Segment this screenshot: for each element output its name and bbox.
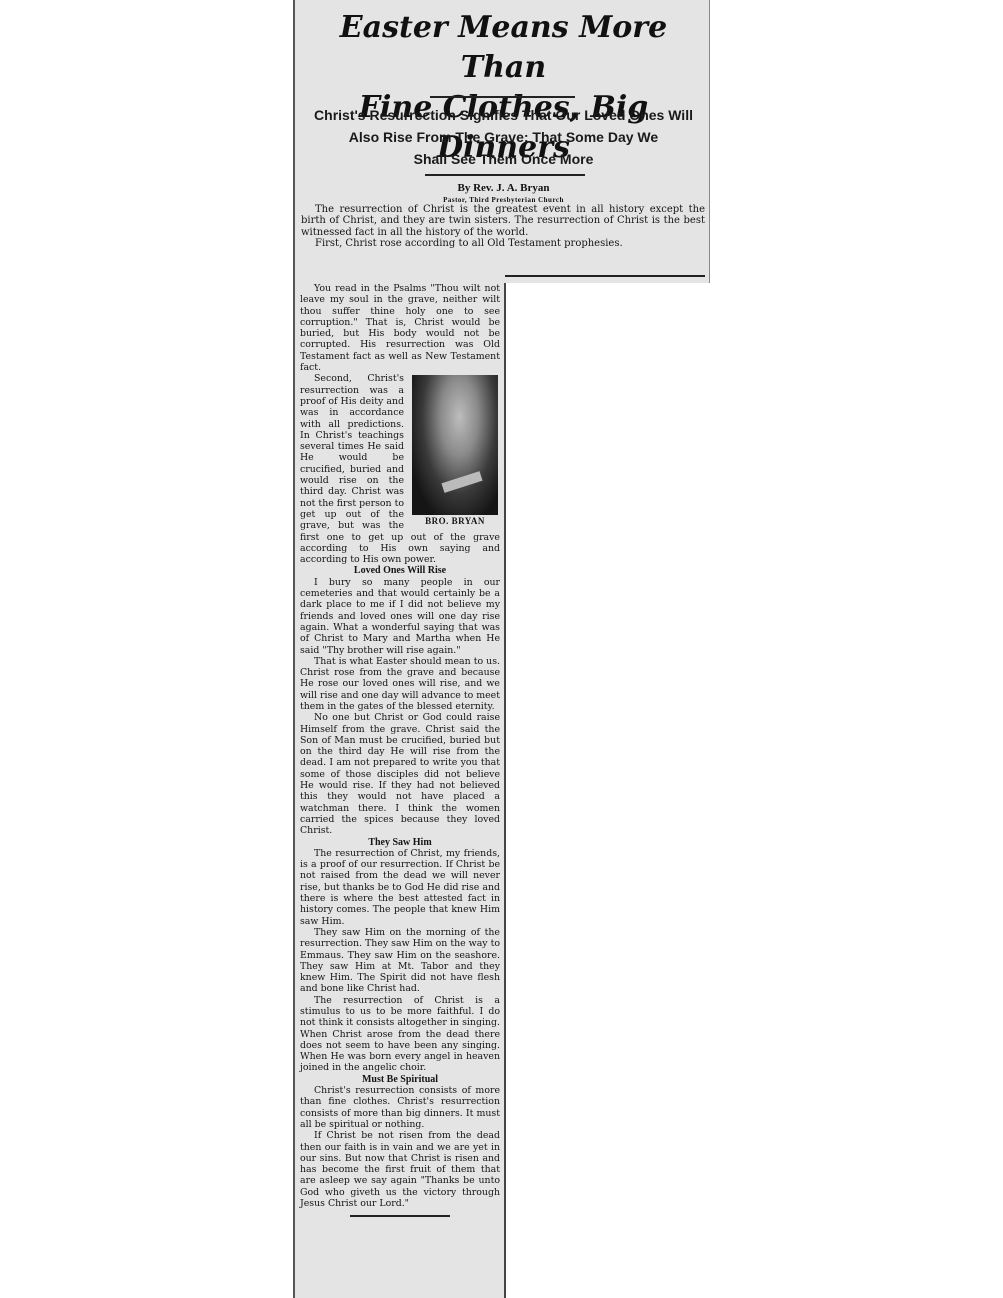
- byline: By Rev. J. A. Bryan: [295, 182, 712, 194]
- author-photo-block: BRO. BRYAN: [410, 375, 500, 527]
- collar-shape: [441, 471, 482, 493]
- subhead-line-3: Shall See Them Once More: [295, 148, 712, 170]
- first-point-text: First, Christ rose according to all Old …: [301, 238, 705, 249]
- paragraph: If Christ be not risen from the dead the…: [300, 1130, 500, 1209]
- paragraph: You read in the Psalms "Thou wilt not le…: [300, 283, 500, 373]
- lead-paragraph: The resurrection of Christ is the greate…: [301, 204, 705, 249]
- author-photo: [412, 375, 498, 515]
- subhead-line-2: Also Rise From The Grave; That Some Day …: [295, 126, 712, 148]
- end-rule: [350, 1215, 450, 1217]
- subhead-rule: [425, 174, 585, 176]
- paragraph: I bury so many people in our cemeteries …: [300, 577, 500, 656]
- lead-text: The resurrection of Christ is the greate…: [301, 204, 705, 238]
- article-body-column: You read in the Psalms "Thou wilt not le…: [293, 283, 506, 1298]
- body-text: You read in the Psalms "Thou wilt not le…: [300, 283, 500, 1217]
- paragraph: That is what Easter should mean to us. C…: [300, 656, 500, 712]
- column-break-rule: [505, 275, 705, 277]
- headline-rule: [430, 96, 575, 98]
- section-heading: Must Be Spiritual: [300, 1074, 500, 1085]
- paragraph: Christ's resurrection consists of more t…: [300, 1085, 500, 1130]
- section-heading: Loved Ones Will Rise: [300, 565, 500, 576]
- byline-title: Pastor, Third Presbyterian Church: [295, 196, 712, 204]
- paragraph: They saw Him on the morning of the resur…: [300, 927, 500, 995]
- article-header-block: Easter Means More Than Fine Clothes, Big…: [293, 0, 710, 283]
- headline-line-1: Easter Means More Than: [295, 8, 712, 88]
- paragraph: No one but Christ or God could raise Him…: [300, 712, 500, 836]
- subhead-line-1: Christ's Resurrection Signifies That Our…: [295, 104, 712, 126]
- subheadline: Christ's Resurrection Signifies That Our…: [295, 104, 712, 170]
- paragraph: The resurrection of Christ, my friends, …: [300, 848, 500, 927]
- section-heading: They Saw Him: [300, 837, 500, 848]
- paragraph: The resurrection of Christ is a stimulus…: [300, 995, 500, 1074]
- photo-caption: BRO. BRYAN: [410, 515, 500, 527]
